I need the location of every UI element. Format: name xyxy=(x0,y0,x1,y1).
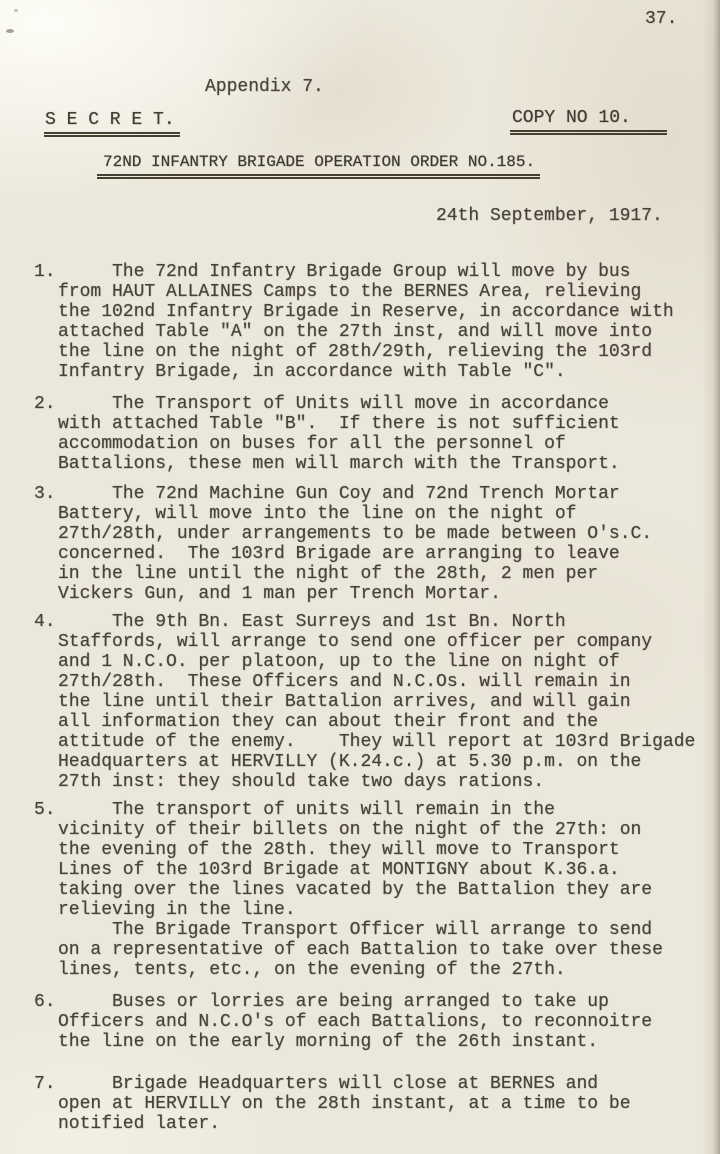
order-line: open at HERVILLY on the 28th instant, at… xyxy=(58,1094,720,1114)
paragraph-number: 3. xyxy=(34,484,56,504)
order-line: Headquarters at HERVILLY (K.24.c.) at 5.… xyxy=(58,752,720,772)
order-line: Battery, will move into the line on the … xyxy=(58,504,720,524)
order-line: 27th inst: they should take two days rat… xyxy=(58,772,720,792)
order-line: from HAUT ALLAINES Camps to the BERNES A… xyxy=(58,282,720,302)
order-line: notified later. xyxy=(58,1114,720,1134)
order-line: with attached Table "B". If there is not… xyxy=(58,414,720,434)
order-line: The 9th Bn. East Surreys and 1st Bn. Nor… xyxy=(58,612,720,632)
scan-edge xyxy=(713,0,720,1154)
document-title: 72ND INFANTRY BRIGADE OPERATION ORDER NO… xyxy=(97,153,540,179)
order-line: the line on the night of 28th/29th, reli… xyxy=(58,342,720,362)
paragraph-number: 7. xyxy=(34,1074,56,1094)
order-line: Brigade Headquarters will close at BERNE… xyxy=(58,1074,720,1094)
order-line: Infantry Brigade, in accordance with Tab… xyxy=(58,362,720,382)
order-line: relieving in the line. xyxy=(58,900,720,920)
order-line: 27th/28th. These Officers and N.C.Os. wi… xyxy=(58,672,720,692)
order-line: Vickers Gun, and 1 man per Trench Mortar… xyxy=(58,584,720,604)
order-line: The Brigade Transport Officer will arran… xyxy=(58,920,720,940)
order-body: 1. The 72nd Infantry Brigade Group will … xyxy=(0,262,720,1134)
order-line: Buses or lorries are being arranged to t… xyxy=(58,992,720,1012)
order-paragraph-5: 5. The transport of units will remain in… xyxy=(0,800,720,980)
order-paragraph-6: 6. Buses or lorries are being arranged t… xyxy=(0,992,720,1052)
order-line: Lines of the 103rd Brigade at MONTIGNY a… xyxy=(58,860,720,880)
order-paragraph-3: 3. The 72nd Machine Gun Coy and 72nd Tre… xyxy=(0,484,720,604)
order-line: lines, tents, etc., on the evening of th… xyxy=(58,960,720,980)
order-line: Battalions, these men will march with th… xyxy=(58,454,720,474)
order-line: accommodation on buses for all the perso… xyxy=(58,434,720,454)
order-line: Officers and N.C.O's of each Battalions,… xyxy=(58,1012,720,1032)
order-line: attached Table "A" on the 27th inst, and… xyxy=(58,322,720,342)
paragraph-number: 5. xyxy=(34,800,56,820)
document-date: 24th September, 1917. xyxy=(436,206,663,226)
order-line: The Transport of Units will move in acco… xyxy=(58,394,720,414)
order-paragraph-2: 2. The Transport of Units will move in a… xyxy=(0,394,720,474)
order-line: all information they can about their fro… xyxy=(58,712,720,732)
order-line: and 1 N.C.O. per platoon, up to the line… xyxy=(58,652,720,672)
page-number: 37. xyxy=(645,9,677,29)
order-line: The 72nd Infantry Brigade Group will mov… xyxy=(58,262,720,282)
order-line: taking over the lines vacated by the Bat… xyxy=(58,880,720,900)
order-line: in the line until the night of the 28th,… xyxy=(58,564,720,584)
order-line: The transport of units will remain in th… xyxy=(58,800,720,820)
paper-speck xyxy=(14,9,18,12)
paragraph-number: 2. xyxy=(34,394,56,414)
document-page: 37. Appendix 7. S E C R E T. COPY NO 10.… xyxy=(0,0,720,1154)
order-line: the 102nd Infantry Brigade in Reserve, i… xyxy=(58,302,720,322)
order-line: the line on the early morning of the 26t… xyxy=(58,1032,720,1052)
copy-number-label: COPY NO 10. xyxy=(510,108,667,135)
appendix-label: Appendix 7. xyxy=(205,77,324,97)
order-paragraph-1: 1. The 72nd Infantry Brigade Group will … xyxy=(0,262,720,382)
paper-speck xyxy=(6,29,14,33)
order-line: 27th/28th, under arrangements to be made… xyxy=(58,524,720,544)
order-line: vicinity of their billets on the night o… xyxy=(58,820,720,840)
order-paragraph-7: 7. Brigade Headquarters will close at BE… xyxy=(0,1074,720,1134)
order-paragraph-4: 4. The 9th Bn. East Surreys and 1st Bn. … xyxy=(0,612,720,792)
paragraph-number: 6. xyxy=(34,992,56,1012)
order-line: The 72nd Machine Gun Coy and 72nd Trench… xyxy=(58,484,720,504)
order-line: Staffords, will arrange to send one offi… xyxy=(58,632,720,652)
order-line: attitude of the enemy. They will report … xyxy=(58,732,720,752)
order-line: the line until their Battalion arrives, … xyxy=(58,692,720,712)
order-line: on a representative of each Battalion to… xyxy=(58,940,720,960)
order-line: concerned. The 103rd Brigade are arrangi… xyxy=(58,544,720,564)
order-line: the evening of the 28th. they will move … xyxy=(58,840,720,860)
classification-label: S E C R E T. xyxy=(44,110,180,137)
paragraph-number: 1. xyxy=(34,262,56,282)
paragraph-number: 4. xyxy=(34,612,56,632)
